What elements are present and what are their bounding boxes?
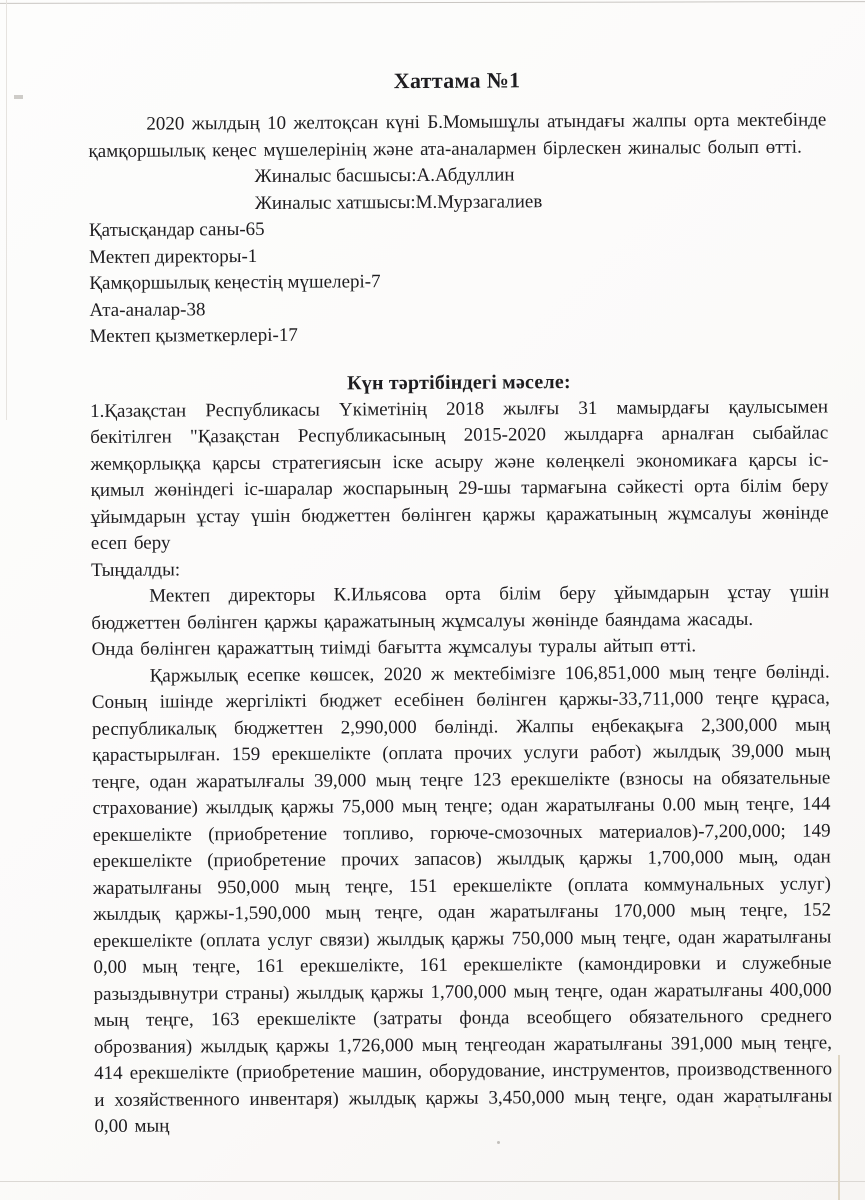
document-content: Хаттама №1 2020 жылдың 10 желтоқсан күні…: [88, 65, 833, 1140]
scan-edge-right: [838, 1055, 840, 1200]
document-title: Хаттама №1: [88, 65, 826, 96]
scan-artifact-speck: [497, 1141, 500, 1144]
finance-report-paragraph: Қаржылық есепке көшсек, 2020 ж мектебімі…: [92, 659, 833, 1140]
scan-edge-top: [0, 1, 865, 4]
meeting-chairman-line: Жиналыс басшысы:А.Абдуллин: [255, 160, 827, 190]
agenda-heading: Күн тәртібіндегі мәселе:: [90, 366, 828, 399]
meeting-secretary-line: Жиналыс хатшысы:М.Мурзагалиев: [255, 187, 827, 217]
heard-paragraph: Мектеп директоры К.Ильясова орта білім б…: [91, 579, 829, 637]
scan-artifact-speck: [14, 95, 23, 99]
scan-edge-bottom: [0, 1181, 865, 1182]
meeting-officials-block: Жиналыс басшысы:А.Абдуллин Жиналыс хатшы…: [89, 160, 827, 218]
attendance-list: Қатысқандар саны-65 Мектеп директоры-1 Қ…: [89, 213, 828, 350]
scan-edge-left: [6, 0, 7, 420]
agenda-item-paragraph: 1.Қазақстан Республикасы Үкіметінің 2018…: [90, 394, 829, 558]
attendance-line-staff: Мектеп қызметкерлері-17: [90, 319, 828, 350]
intro-paragraph: 2020 жылдың 10 желтоқсан күні Б.Момышұлы…: [88, 107, 826, 165]
scanned-document-page: Хаттама №1 2020 жылдың 10 желтоқсан күні…: [0, 0, 865, 1200]
